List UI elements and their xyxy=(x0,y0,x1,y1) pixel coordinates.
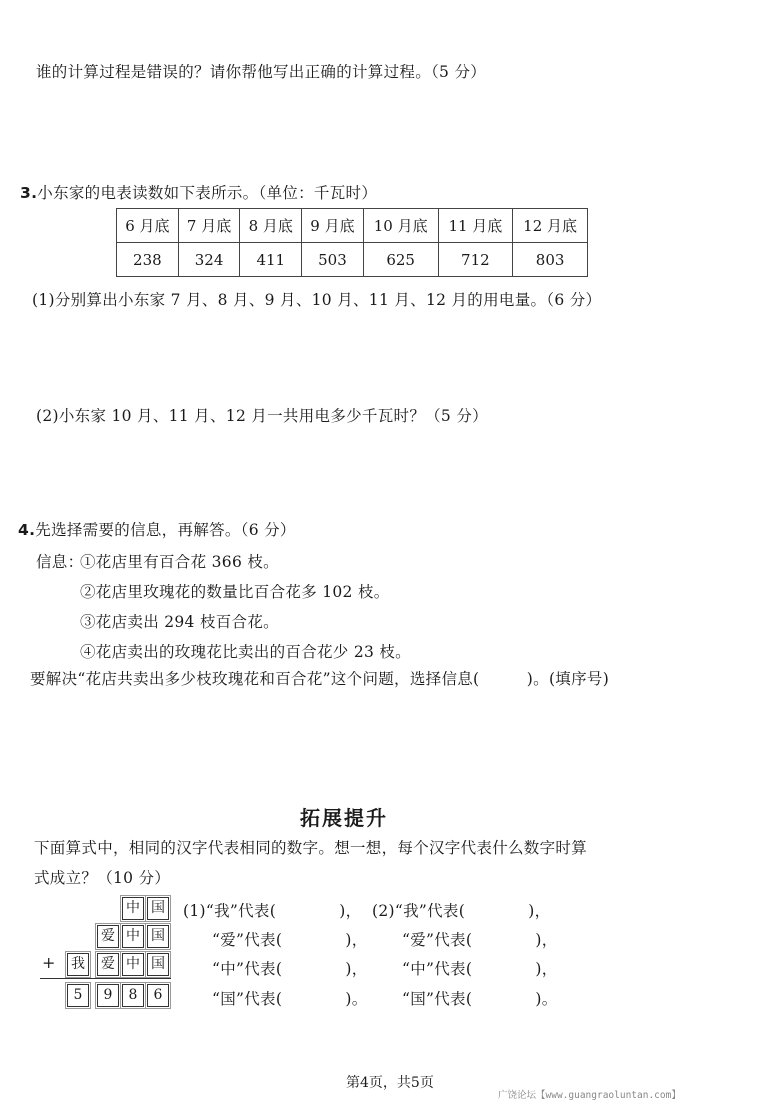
q3-number: 3. xyxy=(20,184,37,202)
char-box: 爱 xyxy=(97,953,119,976)
char-box: 中 xyxy=(122,925,144,948)
table-header-cell: 11 月底 xyxy=(438,209,513,243)
q3-title: 小东家的电表读数如下表所示。（单位：千瓦时） xyxy=(37,184,377,202)
table-cell: 803 xyxy=(513,243,588,277)
q4-title: 先选择需要的信息，再解答。（6 分） xyxy=(35,521,295,539)
table-header-cell: 9 月底 xyxy=(302,209,364,243)
plus-operator: + xyxy=(42,953,55,972)
answer-1-zhong: “中”代表( )， xyxy=(212,957,368,979)
q4-heading: 4.先选择需要的信息，再解答。（6 分） xyxy=(18,518,296,540)
char-box: 国 xyxy=(147,897,169,920)
table-cell: 324 xyxy=(178,243,240,277)
char-box: 中 xyxy=(122,953,144,976)
q4-number: 4. xyxy=(18,521,35,539)
char-box: 我 xyxy=(67,953,89,976)
digit-box: 6 xyxy=(147,984,169,1007)
answer-1-guo: “国”代表( )。 xyxy=(212,987,368,1009)
answer-2-guo: “国”代表( )。 xyxy=(402,987,558,1009)
table-row: 238 324 411 503 625 712 803 xyxy=(117,243,588,277)
answer-2-ai: “爱”代表( )， xyxy=(402,928,558,950)
extension-desc-line-1: 下面算式中，相同的汉字代表相同的数字。想一想，每个汉字代表什么数字时算 xyxy=(34,836,587,858)
answer-1-wo: (1)“我”代表( )， xyxy=(183,899,361,921)
q4-question: 要解决“花店共卖出多少枝玫瑰花和百合花”这个问题，选择信息( )。(填序号) xyxy=(30,667,609,689)
answer-1-ai: “爱”代表( )， xyxy=(212,928,368,950)
q4-info-item-3: ③花店卖出 294 枝百合花。 xyxy=(80,610,279,632)
table-cell: 625 xyxy=(363,243,438,277)
char-box: 爱 xyxy=(97,925,119,948)
q3-sub2: (2)小东家 10 月、11 月、12 月一共用电多少千瓦时？（5 分） xyxy=(36,404,488,426)
extension-desc-line-2: 式成立？（10 分） xyxy=(34,866,170,888)
table-header-cell: 12 月底 xyxy=(513,209,588,243)
table-header-row: 6 月底 7 月底 8 月底 9 月底 10 月底 11 月底 12 月底 xyxy=(117,209,588,243)
section-title: 拓展提升 xyxy=(300,802,388,831)
table-cell: 238 xyxy=(117,243,179,277)
digit-box: 5 xyxy=(67,984,89,1007)
sum-divider-line xyxy=(40,978,171,979)
q4-info-item-4: ④花店卖出的玫瑰花比卖出的百合花少 23 枝。 xyxy=(80,640,411,662)
q3-heading: 3.小东家的电表读数如下表所示。（单位：千瓦时） xyxy=(20,181,377,203)
watermark: 广饶论坛【www.guangraoluntan.com】 xyxy=(498,1087,681,1101)
table-cell: 712 xyxy=(438,243,513,277)
table-cell: 503 xyxy=(302,243,364,277)
table-header-cell: 10 月底 xyxy=(363,209,438,243)
digit-box: 9 xyxy=(97,984,119,1007)
table-cell: 411 xyxy=(240,243,302,277)
q4-info-item-1: ①花店里有百合花 366 枝。 xyxy=(80,550,279,572)
intro-question-line: 谁的计算过程是错误的？请你帮他写出正确的计算过程。（5 分） xyxy=(36,60,486,82)
answer-2-wo: (2)“我”代表( )， xyxy=(372,899,550,921)
char-box: 中 xyxy=(122,897,144,920)
digit-box: 8 xyxy=(122,984,144,1007)
table-header-cell: 6 月底 xyxy=(117,209,179,243)
char-box: 国 xyxy=(147,925,169,948)
q4-info-item-2: ②花店里玫瑰花的数量比百合花多 102 枝。 xyxy=(80,580,390,602)
q4-info-label: 信息： xyxy=(36,550,83,572)
answer-2-zhong: “中”代表( )， xyxy=(402,957,558,979)
meter-readings-table: 6 月底 7 月底 8 月底 9 月底 10 月底 11 月底 12 月底 23… xyxy=(116,208,588,277)
char-box: 国 xyxy=(147,953,169,976)
q3-sub1: (1)分别算出小东家 7 月、8 月、9 月、10 月、11 月、12 月的用电… xyxy=(32,288,601,310)
table-header-cell: 8 月底 xyxy=(240,209,302,243)
page-indicator: 第4页，共5页 xyxy=(346,1072,434,1092)
table-header-cell: 7 月底 xyxy=(178,209,240,243)
